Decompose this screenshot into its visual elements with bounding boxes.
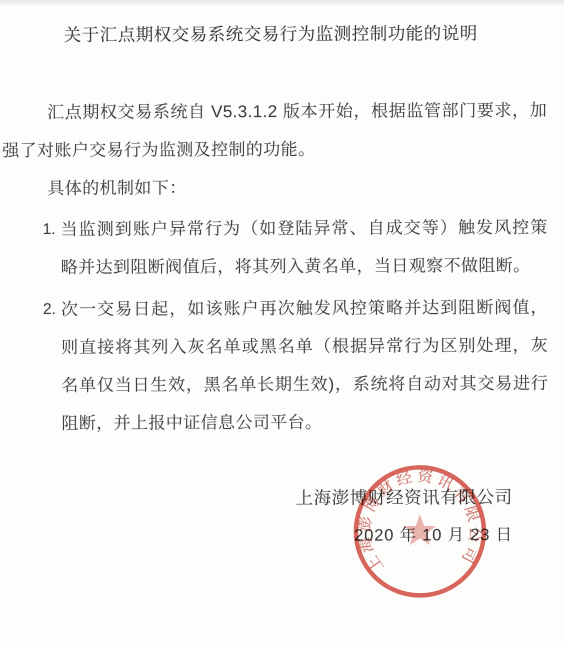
document-text: 汇点期权交易系统自 V5.3.1.2 版本开始，根据监管部门要求，加强了对账户交… — [2, 92, 549, 556]
item-text: 当监测到账户异常行为（如登陆异常、自成交等）触发风控策略并达到阻断阀值后，将其列… — [61, 209, 548, 287]
signature-date: 2020 年 10 月 23 日 — [4, 516, 513, 556]
numbered-list: 1. 当监测到账户异常行为（如登陆异常、自成交等）触发风控策略并达到阻断阀值后，… — [3, 209, 549, 443]
item-text: 次一交易日起，如该账户再次触发风控策略并达到阻断阀值，则直接将其列入灰名单或黑名… — [61, 289, 549, 443]
mechanism-lead: 具体的机制如下： — [2, 168, 547, 208]
document-body: 关于汇点期权交易系统交易行为监测控制功能的说明 汇点期权交易系统自 V5.3.1… — [0, 0, 564, 646]
item-number: 2. — [43, 291, 62, 443]
company-name: 上海澎博财经资讯有限公司 — [4, 478, 513, 518]
document-title: 关于汇点期权交易系统交易行为监测控制功能的说明 — [5, 0, 537, 47]
intro-paragraph: 汇点期权交易系统自 V5.3.1.2 版本开始，根据监管部门要求，加强了对账户交… — [2, 92, 547, 170]
list-item: 2. 次一交易日起，如该账户再次触发风控策略并达到阻断阀值，则直接将其列入灰名单… — [43, 289, 549, 443]
list-item: 1. 当监测到账户异常行为（如登陆异常、自成交等）触发风控策略并达到阻断阀值后，… — [43, 209, 548, 287]
signature-block: 上海澎博财经资讯有限公司 2020 年 10 月 23 日 — [4, 478, 549, 556]
item-number: 1. — [43, 211, 61, 287]
document-page: 关于汇点期权交易系统交易行为监测控制功能的说明 汇点期权交易系统自 V5.3.1… — [0, 0, 564, 646]
